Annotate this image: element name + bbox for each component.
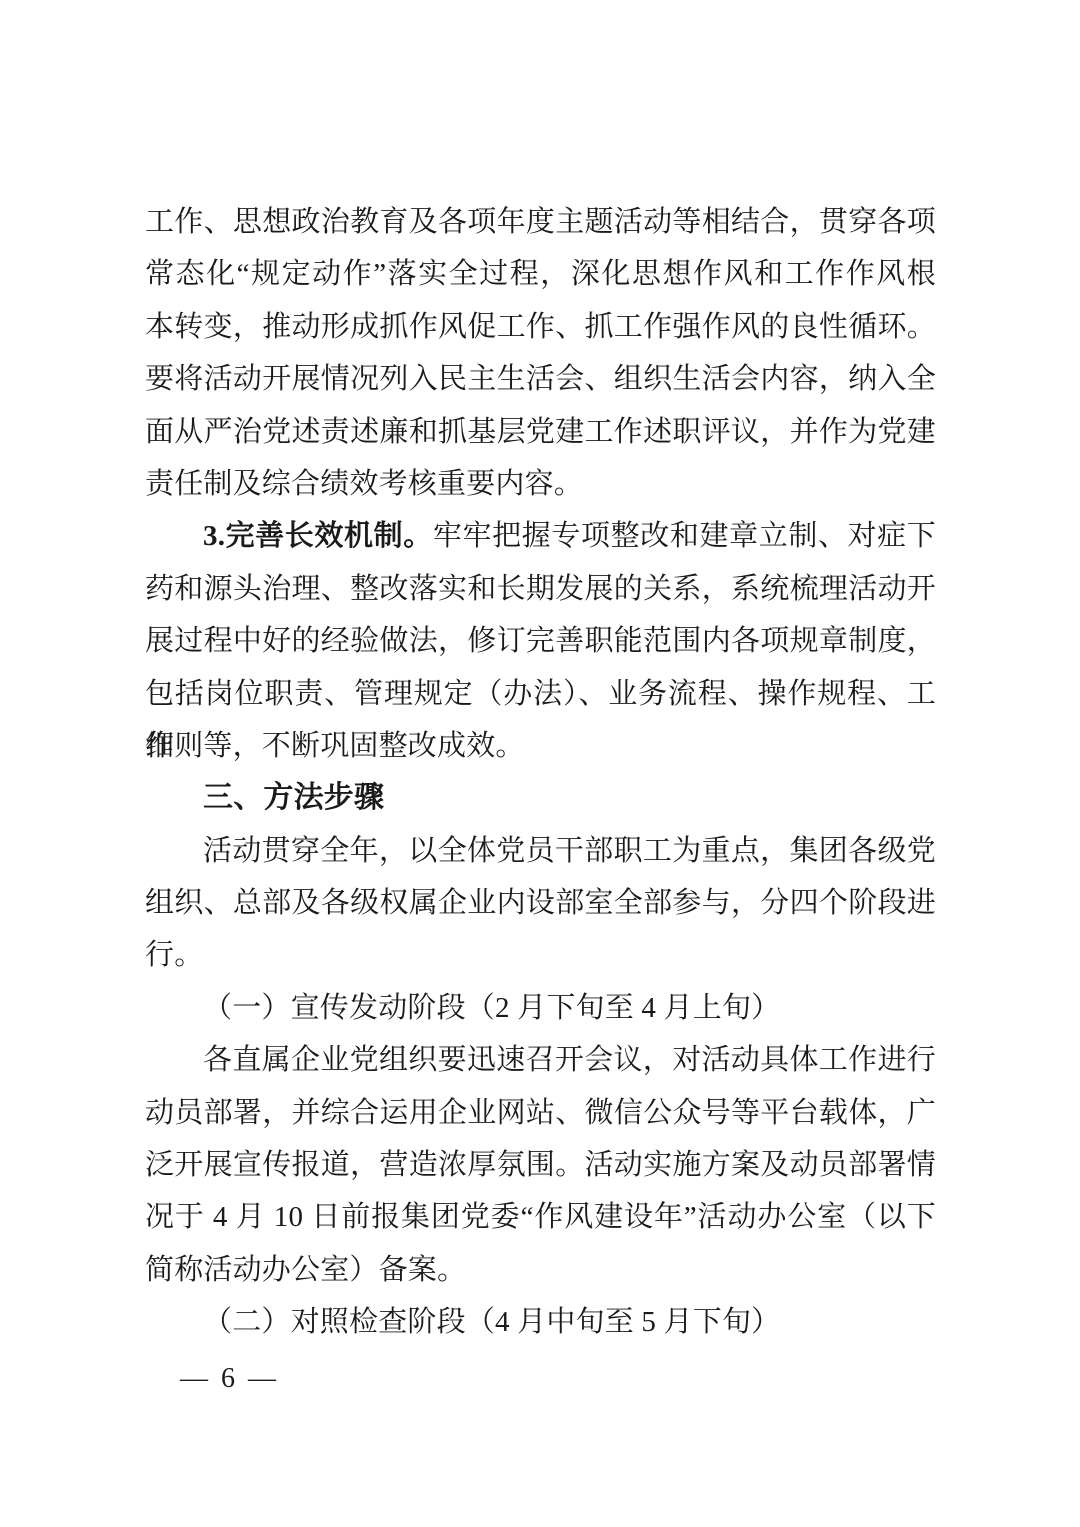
line-text: 泛开展宣传报道，营造浓厚氛围。活动实施方案及动员部署情 [145,1149,936,1181]
line-text: 况于 4 月 10 日前报集团党委“作风建设年”活动办公室（以下 [145,1201,936,1233]
line-text: 常态化“规定动作”落实全过程，深化思想作风和工作作风根 [145,258,936,290]
text-line: 细则等，不断巩固整改成效。 [145,720,936,772]
text-line: 各直属企业党组织要迅速召开会议，对活动具体工作进行 [145,1034,936,1086]
text-line: 药和源头治理、整改落实和长期发展的关系，系统梳理活动开 [145,563,936,615]
line-text: （二）对照检查阶段（4 月中旬至 5 月下旬） [203,1306,780,1338]
text-line: 面从严治党述责述廉和抓基层党建工作述职评议，并作为党建 [145,406,936,458]
line-text: 动员部署，并综合运用企业网站、微信公众号等平台载体，广 [145,1097,936,1129]
line-text: 本转变，推动形成抓作风促工作、抓工作强作风的良性循环。 [145,311,936,343]
heading-line: （一）宣传发动阶段（2 月下旬至 4 月上旬） [145,982,936,1034]
text-line: 泛开展宣传报道，营造浓厚氛围。活动实施方案及动员部署情 [145,1139,936,1191]
text-line: 行。 [145,929,936,981]
text-line: 简称活动办公室）备案。 [145,1244,936,1296]
text-line: 组织、总部及各级权属企业内设部室全部参与，分四个阶段进 [145,877,936,929]
text-line: 包括岗位职责、管理规定（办法）、业务流程、操作规程、工作 [145,668,936,720]
line-text: 牢牢把握专项整改和建章立制、对症下 [433,520,936,552]
text-line: 本转变，推动形成抓作风促工作、抓工作强作风的良性循环。 [145,301,936,353]
text-line: 展过程中好的经验做法，修订完善职能范围内各项规章制度， [145,615,936,667]
page-number: — 6 — [180,1363,279,1395]
document-text-block: 工作、思想政治教育及各项年度主题活动等相结合，贯穿各项常态化“规定动作”落实全过… [145,196,936,1349]
line-text: 面从严治党述责述廉和抓基层党建工作述职评议，并作为党建 [145,416,936,448]
line-text: 展过程中好的经验做法，修订完善职能范围内各项规章制度， [145,625,936,657]
text-line: 工作、思想政治教育及各项年度主题活动等相结合，贯穿各项 [145,196,936,248]
text-line: 要将活动开展情况列入民主生活会、组织生活会内容，纳入全 [145,353,936,405]
line-text: 要将活动开展情况列入民主生活会、组织生活会内容，纳入全 [145,363,936,395]
text-line: 况于 4 月 10 日前报集团党委“作风建设年”活动办公室（以下 [145,1191,936,1243]
line-text: 细则等，不断巩固整改成效。 [145,730,525,762]
line-text: 责任制及综合绩效考核重要内容。 [145,468,583,500]
line-text: 组织、总部及各级权属企业内设部室全部参与，分四个阶段进 [145,887,936,919]
line-text: 活动贯穿全年，以全体党员干部职工为重点，集团各级党 [203,835,936,867]
document-page: 工作、思想政治教育及各项年度主题活动等相结合，贯穿各项常态化“规定动作”落实全过… [0,0,1080,1527]
line-text: 工作、思想政治教育及各项年度主题活动等相结合，贯穿各项 [145,206,936,238]
line-text: 各直属企业党组织要迅速召开会议，对活动具体工作进行 [203,1044,936,1076]
line-text: （一）宣传发动阶段（2 月下旬至 4 月上旬） [203,992,780,1024]
heading-line: （二）对照检查阶段（4 月中旬至 5 月下旬） [145,1296,936,1348]
line-text: 简称活动办公室）备案。 [145,1254,466,1286]
text-line: 活动贯穿全年，以全体党员干部职工为重点，集团各级党 [145,825,936,877]
text-line: 责任制及综合绩效考核重要内容。 [145,458,936,510]
line-text: 药和源头治理、整改落实和长期发展的关系，系统梳理活动开 [145,573,936,605]
text-line: 3.完善长效机制。牢牢把握专项整改和建章立制、对症下 [145,510,936,562]
heading-line: 三、方法步骤 [145,772,936,824]
line-text: 三、方法步骤 [203,781,384,814]
text-line: 动员部署，并综合运用企业网站、微信公众号等平台载体，广 [145,1087,936,1139]
line-text: 行。 [145,939,203,971]
text-line: 常态化“规定动作”落实全过程，深化思想作风和工作作风根 [145,248,936,300]
bold-lead-text: 3.完善长效机制。 [203,520,433,552]
